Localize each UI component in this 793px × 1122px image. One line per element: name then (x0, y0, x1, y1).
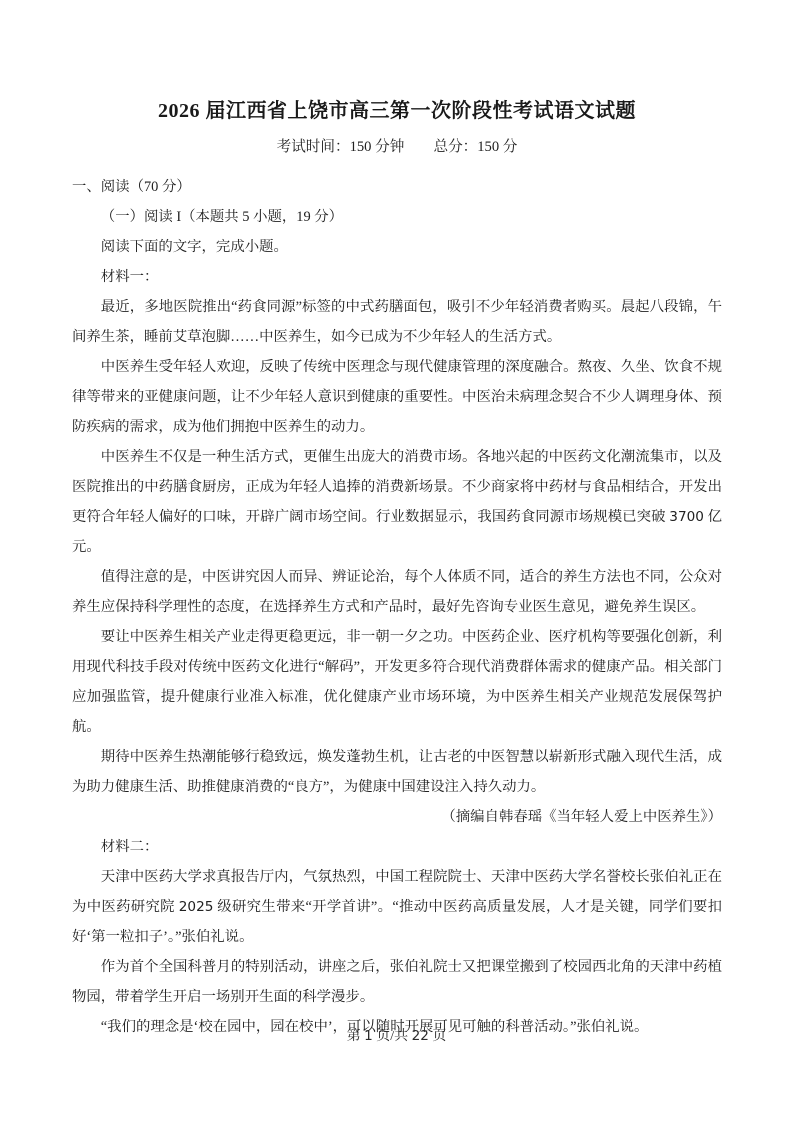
page-footer: 第 1 页/共 22 页 (0, 1026, 793, 1047)
material-2-paragraph-1: 天津中医药大学求真报告厅内，气氛热烈，中国工程院院士、天津中医药大学名誉校长张伯… (72, 862, 722, 952)
material-2-label: 材料二： (72, 832, 722, 862)
material-1-attribution: （摘编自韩春瑶《当年轻人爱上中医养生》） (72, 802, 722, 832)
page-title: 2026 届江西省上饶市高三第一次阶段性考试语文试题 (72, 97, 722, 125)
material-1-paragraph-1: 最近，多地医院推出“药食同源”标签的中式药膳面包，吸引不少年轻消费者购买。晨起八… (72, 292, 722, 352)
document-page: 2026 届江西省上饶市高三第一次阶段性考试语文试题 考试时间：150 分钟 总… (0, 0, 793, 1122)
reading-instruction: 阅读下面的文字，完成小题。 (72, 232, 722, 262)
subsection-heading: （一）阅读 I（本题共 5 小题，19 分） (72, 202, 722, 232)
material-2-paragraph-2: 作为首个全国科普月的特别活动，讲座之后，张伯礼院士又把课堂搬到了校园西北角的天津… (72, 952, 722, 1012)
material-1-paragraph-3: 中医养生不仅是一种生活方式，更催生出庞大的消费市场。各地兴起的中医药文化潮流集市… (72, 442, 722, 562)
section-heading: 一、阅读（70 分） (72, 172, 722, 202)
material-1-paragraph-2: 中医养生受年轻人欢迎，反映了传统中医理念与现代健康管理的深度融合。熬夜、久坐、饮… (72, 352, 722, 442)
material-1-label: 材料一： (72, 262, 722, 292)
material-1-paragraph-5: 要让中医养生相关产业走得更稳更远，非一朝一夕之功。中医药企业、医疗机构等要强化创… (72, 622, 722, 742)
material-1-paragraph-6: 期待中医养生热潮能够行稳致远，焕发蓬勃生机，让古老的中医智慧以崭新形式融入现代生… (72, 742, 722, 802)
material-1-paragraph-4: 值得注意的是，中医讲究因人而异、辨证论治，每个人体质不同，适合的养生方法也不同，… (72, 562, 722, 622)
exam-info: 考试时间：150 分钟 总分：150 分 (72, 137, 722, 158)
